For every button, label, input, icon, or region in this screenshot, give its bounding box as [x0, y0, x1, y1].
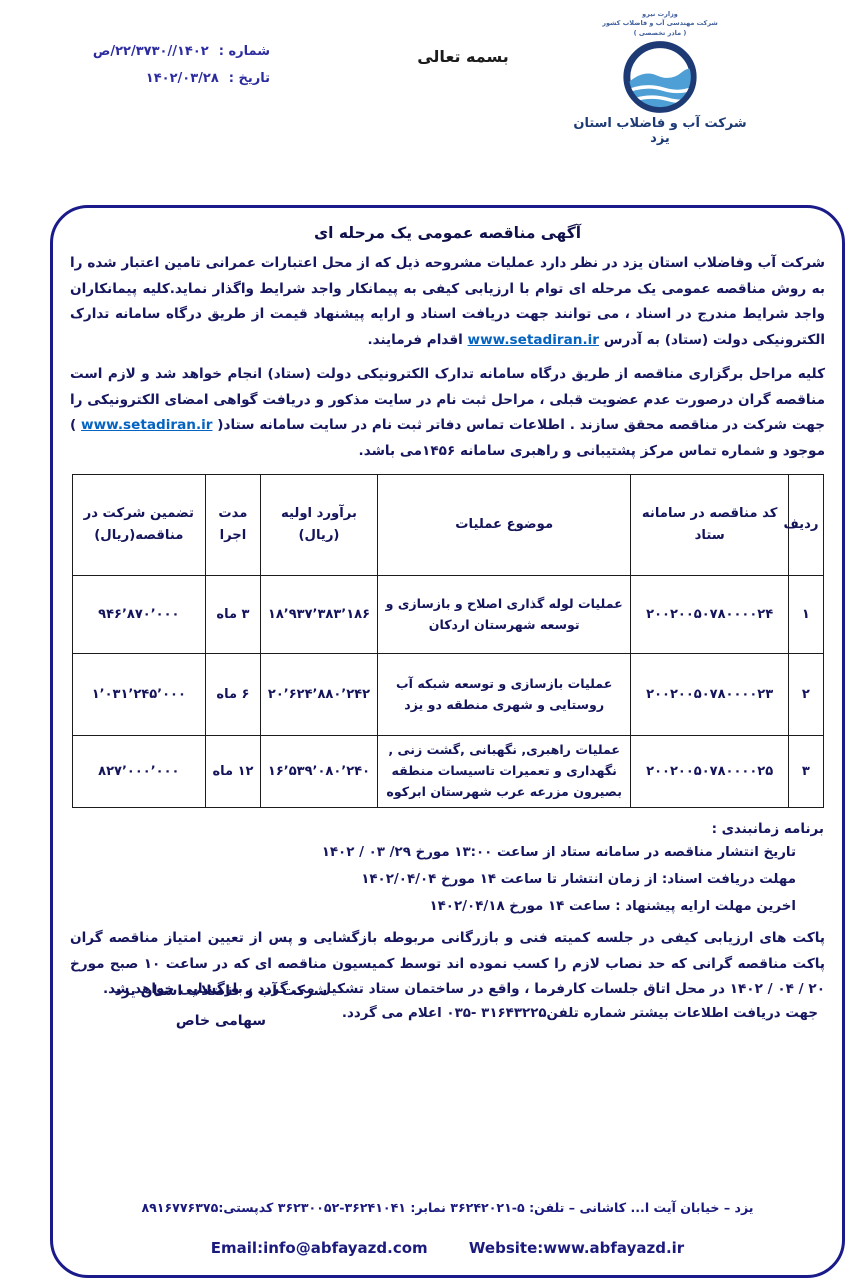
letter-number-line: شماره : ۱۴۰۲//۲۲/۳۷۳۰/ص	[55, 44, 270, 59]
number-value: ۱۴۰۲//۲۲/۳۷۳۰/ص	[93, 44, 209, 59]
number-label: شماره :	[219, 44, 270, 59]
company-logo-block: وزارت نیرو شرکت مهندسی آب و فاضلاب کشور …	[565, 10, 755, 146]
signature-company-name: شرکت آب و فاضلاب استان یزد	[101, 976, 341, 1006]
ministry-line1: وزارت نیرو	[565, 10, 755, 19]
footer-contact-line: Email:info@abfayazd.com Website:www.abfa…	[53, 1239, 842, 1257]
intro-text-after-link: اقدام فرمایند.	[367, 332, 467, 348]
header-guarantee: تضمین شرکت در مناقصه(ریال)	[72, 475, 206, 576]
initial-estimate: ۲۰٬۶۲۴٬۸۸۰٬۲۴۲	[260, 654, 377, 736]
header-initial-estimate: برآورد اولیه (ریال)	[260, 475, 377, 576]
process-paragraph: کلیه مراحل برگزاری مناقصه از طریق درگاه …	[70, 362, 825, 464]
footer-address-line: یزد – خیابان آیت ا... کاشانی – تلفن: ۵-۳…	[53, 1200, 842, 1215]
water-company-logo-icon	[621, 40, 699, 114]
duration: ۳ ماه	[206, 576, 261, 654]
operation-subject: عملیات لوله گذاری اصلاح و بازسازی و توسع…	[378, 576, 631, 654]
header-tender-code: کد مناقصه در سامانه ستاد	[631, 475, 789, 576]
footer-email[interactable]: Email:info@abfayazd.com	[211, 1239, 428, 1257]
tender-code: ۲۰۰۲۰۰۵۰۷۸۰۰۰۰۲۴	[631, 576, 789, 654]
date-label: تاریخ :	[229, 71, 270, 86]
footer-website[interactable]: Website:www.abfayazd.ir	[469, 1239, 684, 1257]
besmele-text: بسمه تعالی	[378, 47, 548, 66]
table-row: ۳ ۲۰۰۲۰۰۵۰۷۸۰۰۰۰۲۵ عملیات راهبری, نگهبان…	[72, 736, 823, 808]
row-number: ۳	[789, 736, 823, 808]
ministry-line2: شرکت مهندسی آب و فاضلاب کشور	[565, 19, 755, 28]
intro-paragraph: شرکت آب وفاضلاب استان یزد در نظر دارد عم…	[70, 251, 825, 353]
letter-date-line: تاریخ : ۱۴۰۲/۰۳/۲۸	[55, 71, 270, 86]
reference-block: شماره : ۱۴۰۲//۲۲/۳۷۳۰/ص تاریخ : ۱۴۰۲/۰۳/…	[55, 44, 270, 98]
tender-code: ۲۰۰۲۰۰۵۰۷۸۰۰۰۰۲۵	[631, 736, 789, 808]
ministry-text: وزارت نیرو شرکت مهندسی آب و فاضلاب کشور …	[565, 10, 755, 38]
header-operation-subject: موضوع عملیات	[378, 475, 631, 576]
header-duration: مدت اجرا	[206, 475, 261, 576]
operation-subject: عملیات بازسازی و توسعه شبکه آب روستایی و…	[378, 654, 631, 736]
row-number: ۱	[789, 576, 823, 654]
initial-estimate: ۱۸٬۹۳۷٬۳۸۳٬۱۸۶	[260, 576, 377, 654]
announcement-title: آگهی مناقصه عمومی یک مرحله ای	[53, 224, 842, 242]
table-row: ۲ ۲۰۰۲۰۰۵۰۷۸۰۰۰۰۲۳ عملیات بازسازی و توسع…	[72, 654, 823, 736]
tenders-table: ردیف کد مناقصه در سامانه ستاد موضوع عملی…	[72, 474, 824, 808]
announcement-sheet: آگهی مناقصه عمومی یک مرحله ای شرکت آب وف…	[50, 205, 845, 1278]
schedule-document-deadline: مهلت دریافت اسناد: از زمان انتشار تا ساع…	[99, 868, 796, 891]
tender-announcement-page: وزارت نیرو شرکت مهندسی آب و فاضلاب کشور …	[0, 0, 867, 1280]
schedule-proposal-deadline: اخرین مهلت ارایه پیشنهاد : ساعت ۱۴ مورخ …	[99, 895, 796, 918]
setadiran-link-2[interactable]: www.setadiran.ir	[81, 417, 212, 433]
header-row-number: ردیف	[789, 475, 823, 576]
table-header-row: ردیف کد مناقصه در سامانه ستاد موضوع عملی…	[72, 475, 823, 576]
schedule-publish-date: تاریخ انتشار مناقصه در سامانه ستاد از سا…	[99, 841, 796, 864]
guarantee-amount: ۸۲۷٬۰۰۰٬۰۰۰	[72, 736, 206, 808]
duration: ۶ ماه	[206, 654, 261, 736]
row-number: ۲	[789, 654, 823, 736]
guarantee-amount: ۹۴۶٬۸۷۰٬۰۰۰	[72, 576, 206, 654]
schedule-heading: برنامه زمانبندی :	[71, 821, 824, 837]
date-value: ۱۴۰۲/۰۳/۲۸	[146, 71, 219, 86]
duration: ۱۲ ماه	[206, 736, 261, 808]
guarantee-amount: ۱٬۰۳۱٬۲۴۵٬۰۰۰	[72, 654, 206, 736]
initial-estimate: ۱۶٬۵۳۹٬۰۸۰٬۲۴۰	[260, 736, 377, 808]
signature-block: شرکت آب و فاضلاب استان یزد سهامی خاص	[101, 976, 341, 1036]
company-name-caption: شرکت آب و فاضلاب استان یزد	[565, 116, 755, 146]
operation-subject: عملیات راهبری, نگهبانی ,گشت زنی , نگهدار…	[378, 736, 631, 808]
tender-code: ۲۰۰۲۰۰۵۰۷۸۰۰۰۰۲۳	[631, 654, 789, 736]
signature-company-type: سهامی خاص	[101, 1006, 341, 1036]
ministry-line3: ( مادر تخصصی )	[565, 29, 755, 38]
setadiran-link-1[interactable]: www.setadiran.ir	[468, 332, 599, 348]
table-row: ۱ ۲۰۰۲۰۰۵۰۷۸۰۰۰۰۲۴ عملیات لوله گذاری اصل…	[72, 576, 823, 654]
